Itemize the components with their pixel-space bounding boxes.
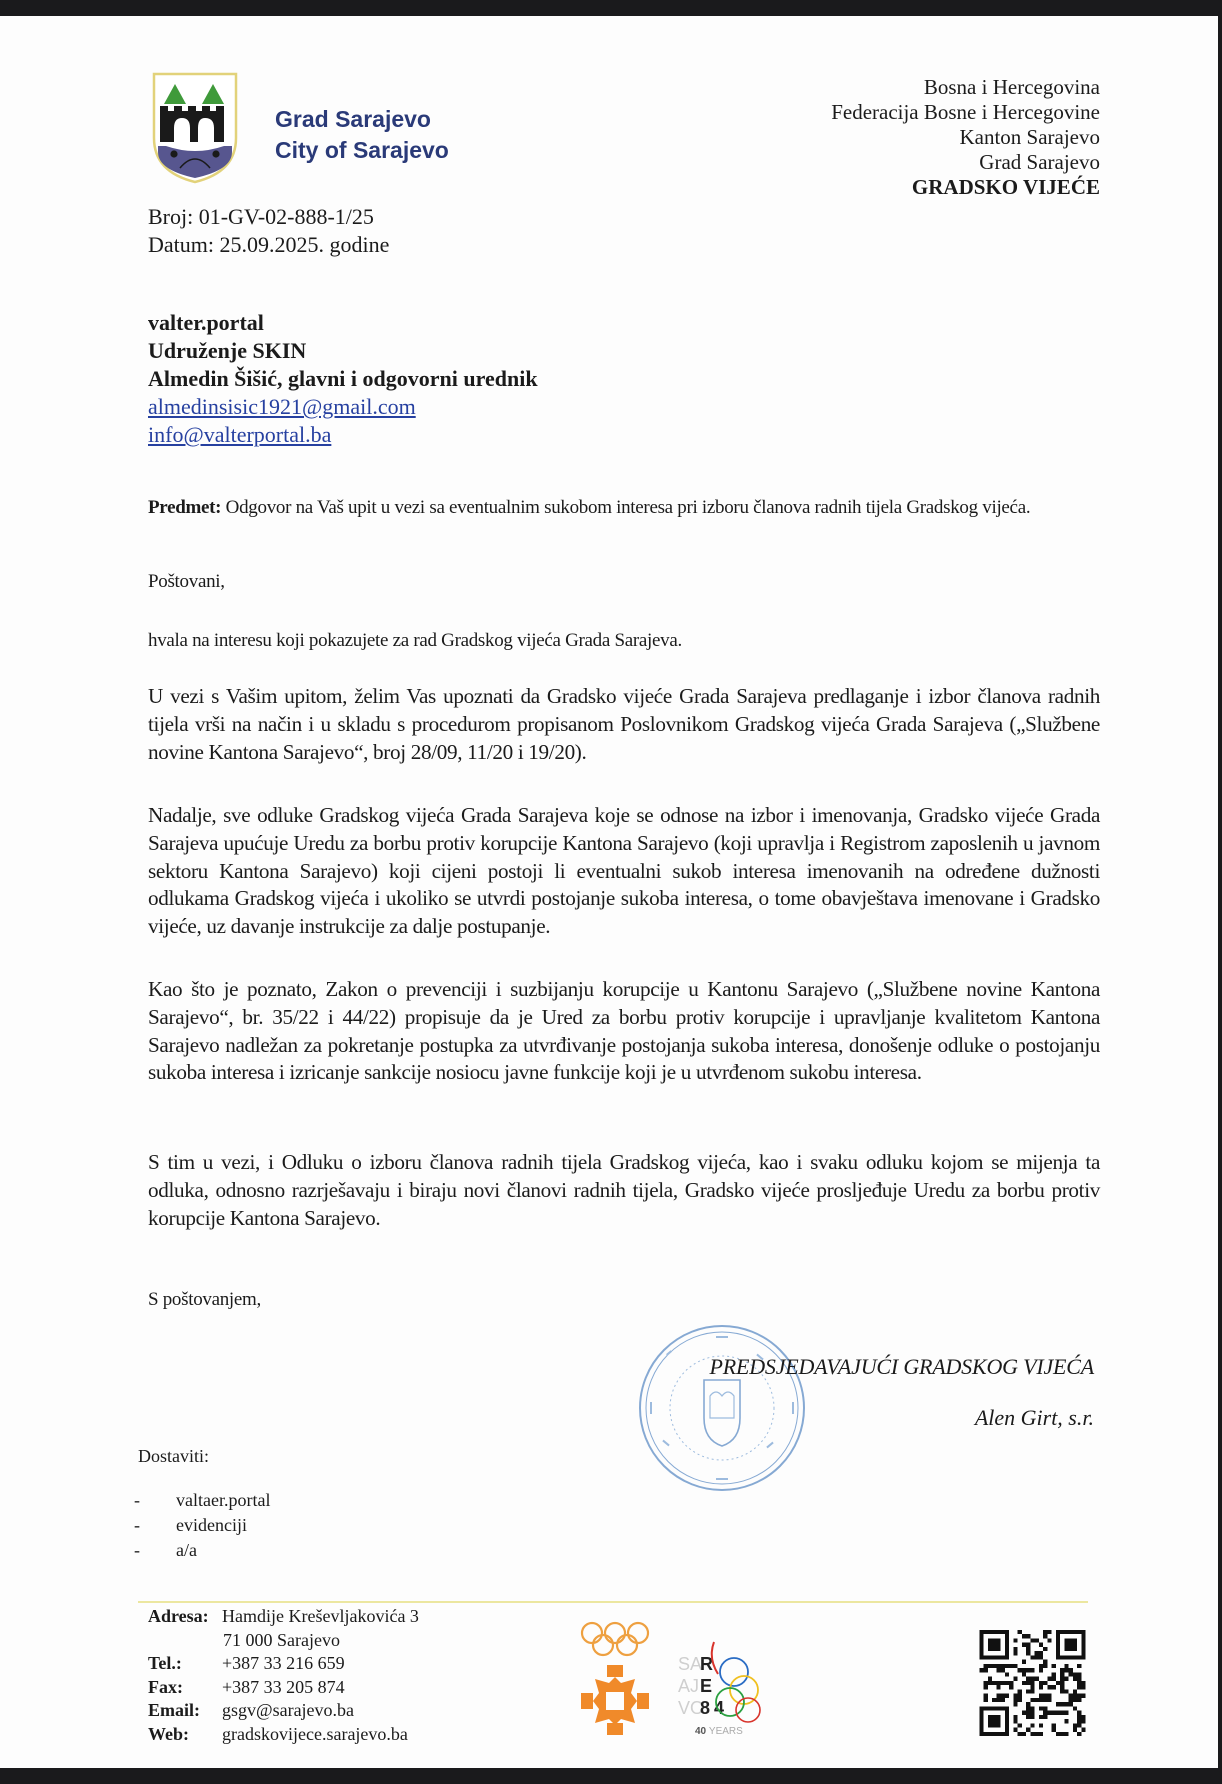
list-item: -evidenciji — [134, 1513, 270, 1538]
svg-text:AJ: AJ — [678, 1676, 699, 1696]
recipient-email-link[interactable]: info@valterportal.ba — [148, 422, 331, 447]
subject-label: Predmet: — [148, 497, 221, 518]
list-item: -valtaer.portal — [134, 1488, 270, 1513]
signatory-title: PREDSJEDAVAJUĆI GRADSKOG VIJEĆA — [709, 1354, 1094, 1380]
recipient-org: valter.portal — [148, 309, 538, 337]
svg-text:E: E — [700, 1676, 712, 1696]
closing: S poštovanjem, — [148, 1289, 261, 1311]
list-item: -a/a — [134, 1538, 270, 1563]
phone-number: +387 33 216 659 — [222, 1652, 345, 1676]
qr-code-icon[interactable] — [975, 1630, 1090, 1736]
recipient-email-link[interactable]: almedinsisic1921@gmail.com — [148, 394, 416, 419]
reference-date-value: 25.09.2025. godine — [220, 232, 390, 257]
issuing-authority: Bosna i Hercegovina Federacija Bosne i H… — [831, 75, 1100, 200]
footer-email: gsgv@sarajevo.ba — [222, 1699, 354, 1723]
body-paragraph: Kao što je poznato, Zakon o prevenciji i… — [148, 976, 1100, 1087]
address-line: Hamdije Kreševljakovića 3 — [222, 1605, 419, 1629]
sarajevo-84-40-years-logo-icon: SAAJVO RE84 — [678, 1638, 788, 1738]
anniversary-caption: 40 YEARS — [695, 1726, 743, 1737]
subject-text: Odgovor na Vaš upit u vezi sa eventualni… — [226, 497, 1031, 518]
signatory-name: Alen Girt, s.r. — [975, 1405, 1094, 1431]
letter-page: Grad Sarajevo City of Sarajevo Bosna i H… — [0, 16, 1218, 1768]
address-line: 71 000 Sarajevo — [223, 1629, 340, 1653]
footer-website: gradskovijece.sarajevo.ba — [222, 1723, 408, 1747]
authority-office: GRADSKO VIJEĆE — [831, 175, 1100, 200]
reference-date: Datum: 25.09.2025. godine — [148, 231, 389, 259]
authority-line: Federacija Bosne i Hercegovine — [831, 100, 1100, 125]
thanks-line: hvala na interesu koji pokazujete za rad… — [148, 630, 682, 652]
city-name: Grad Sarajevo City of Sarajevo — [275, 104, 449, 166]
reference-number: Broj: 01-GV-02-888-1/25 — [148, 203, 389, 231]
recipient-person: Almedin Šišić, glavni i odgovorni uredni… — [148, 365, 538, 393]
distribution-label: Dostaviti: — [138, 1444, 209, 1468]
olympic-1984-emblem-icon — [575, 1619, 655, 1739]
recipient-block: valter.portal Udruženje SKIN Almedin Šiš… — [148, 309, 538, 449]
reference-block: Broj: 01-GV-02-888-1/25 Datum: 25.09.202… — [148, 203, 389, 259]
recipient-association: Udruženje SKIN — [148, 337, 538, 365]
svg-text:SA: SA — [678, 1654, 702, 1674]
body-paragraph: S tim u vezi, i Odluku o izboru članova … — [148, 1149, 1100, 1232]
subject-line: Predmet: Odgovor na Vaš upit u vezi sa e… — [148, 495, 1100, 521]
footer-divider — [138, 1601, 1088, 1603]
authority-line: Kanton Sarajevo — [831, 125, 1100, 150]
official-stamp-icon — [636, 1322, 808, 1494]
distribution-list: -valtaer.portal -evidenciji -a/a — [134, 1488, 270, 1563]
svg-text:8: 8 — [700, 1698, 710, 1718]
reference-number-value: 01-GV-02-888-1/25 — [199, 204, 374, 229]
body-paragraph: U vezi s Vašim upitom, želim Vas upoznat… — [148, 683, 1100, 766]
authority-line: Grad Sarajevo — [831, 150, 1100, 175]
city-name-english: City of Sarajevo — [275, 135, 449, 166]
city-name-local: Grad Sarajevo — [275, 104, 449, 135]
footer-contact: Adresa:Hamdije Kreševljakovića 3 71 000 … — [148, 1605, 419, 1746]
authority-line: Bosna i Hercegovina — [831, 75, 1100, 100]
sarajevo-coat-of-arms-icon — [152, 72, 238, 184]
greeting: Poštovani, — [148, 571, 225, 593]
body-paragraph: Nadalje, sve odluke Gradskog vijeća Grad… — [148, 802, 1100, 941]
fax-number: +387 33 205 874 — [222, 1676, 345, 1700]
